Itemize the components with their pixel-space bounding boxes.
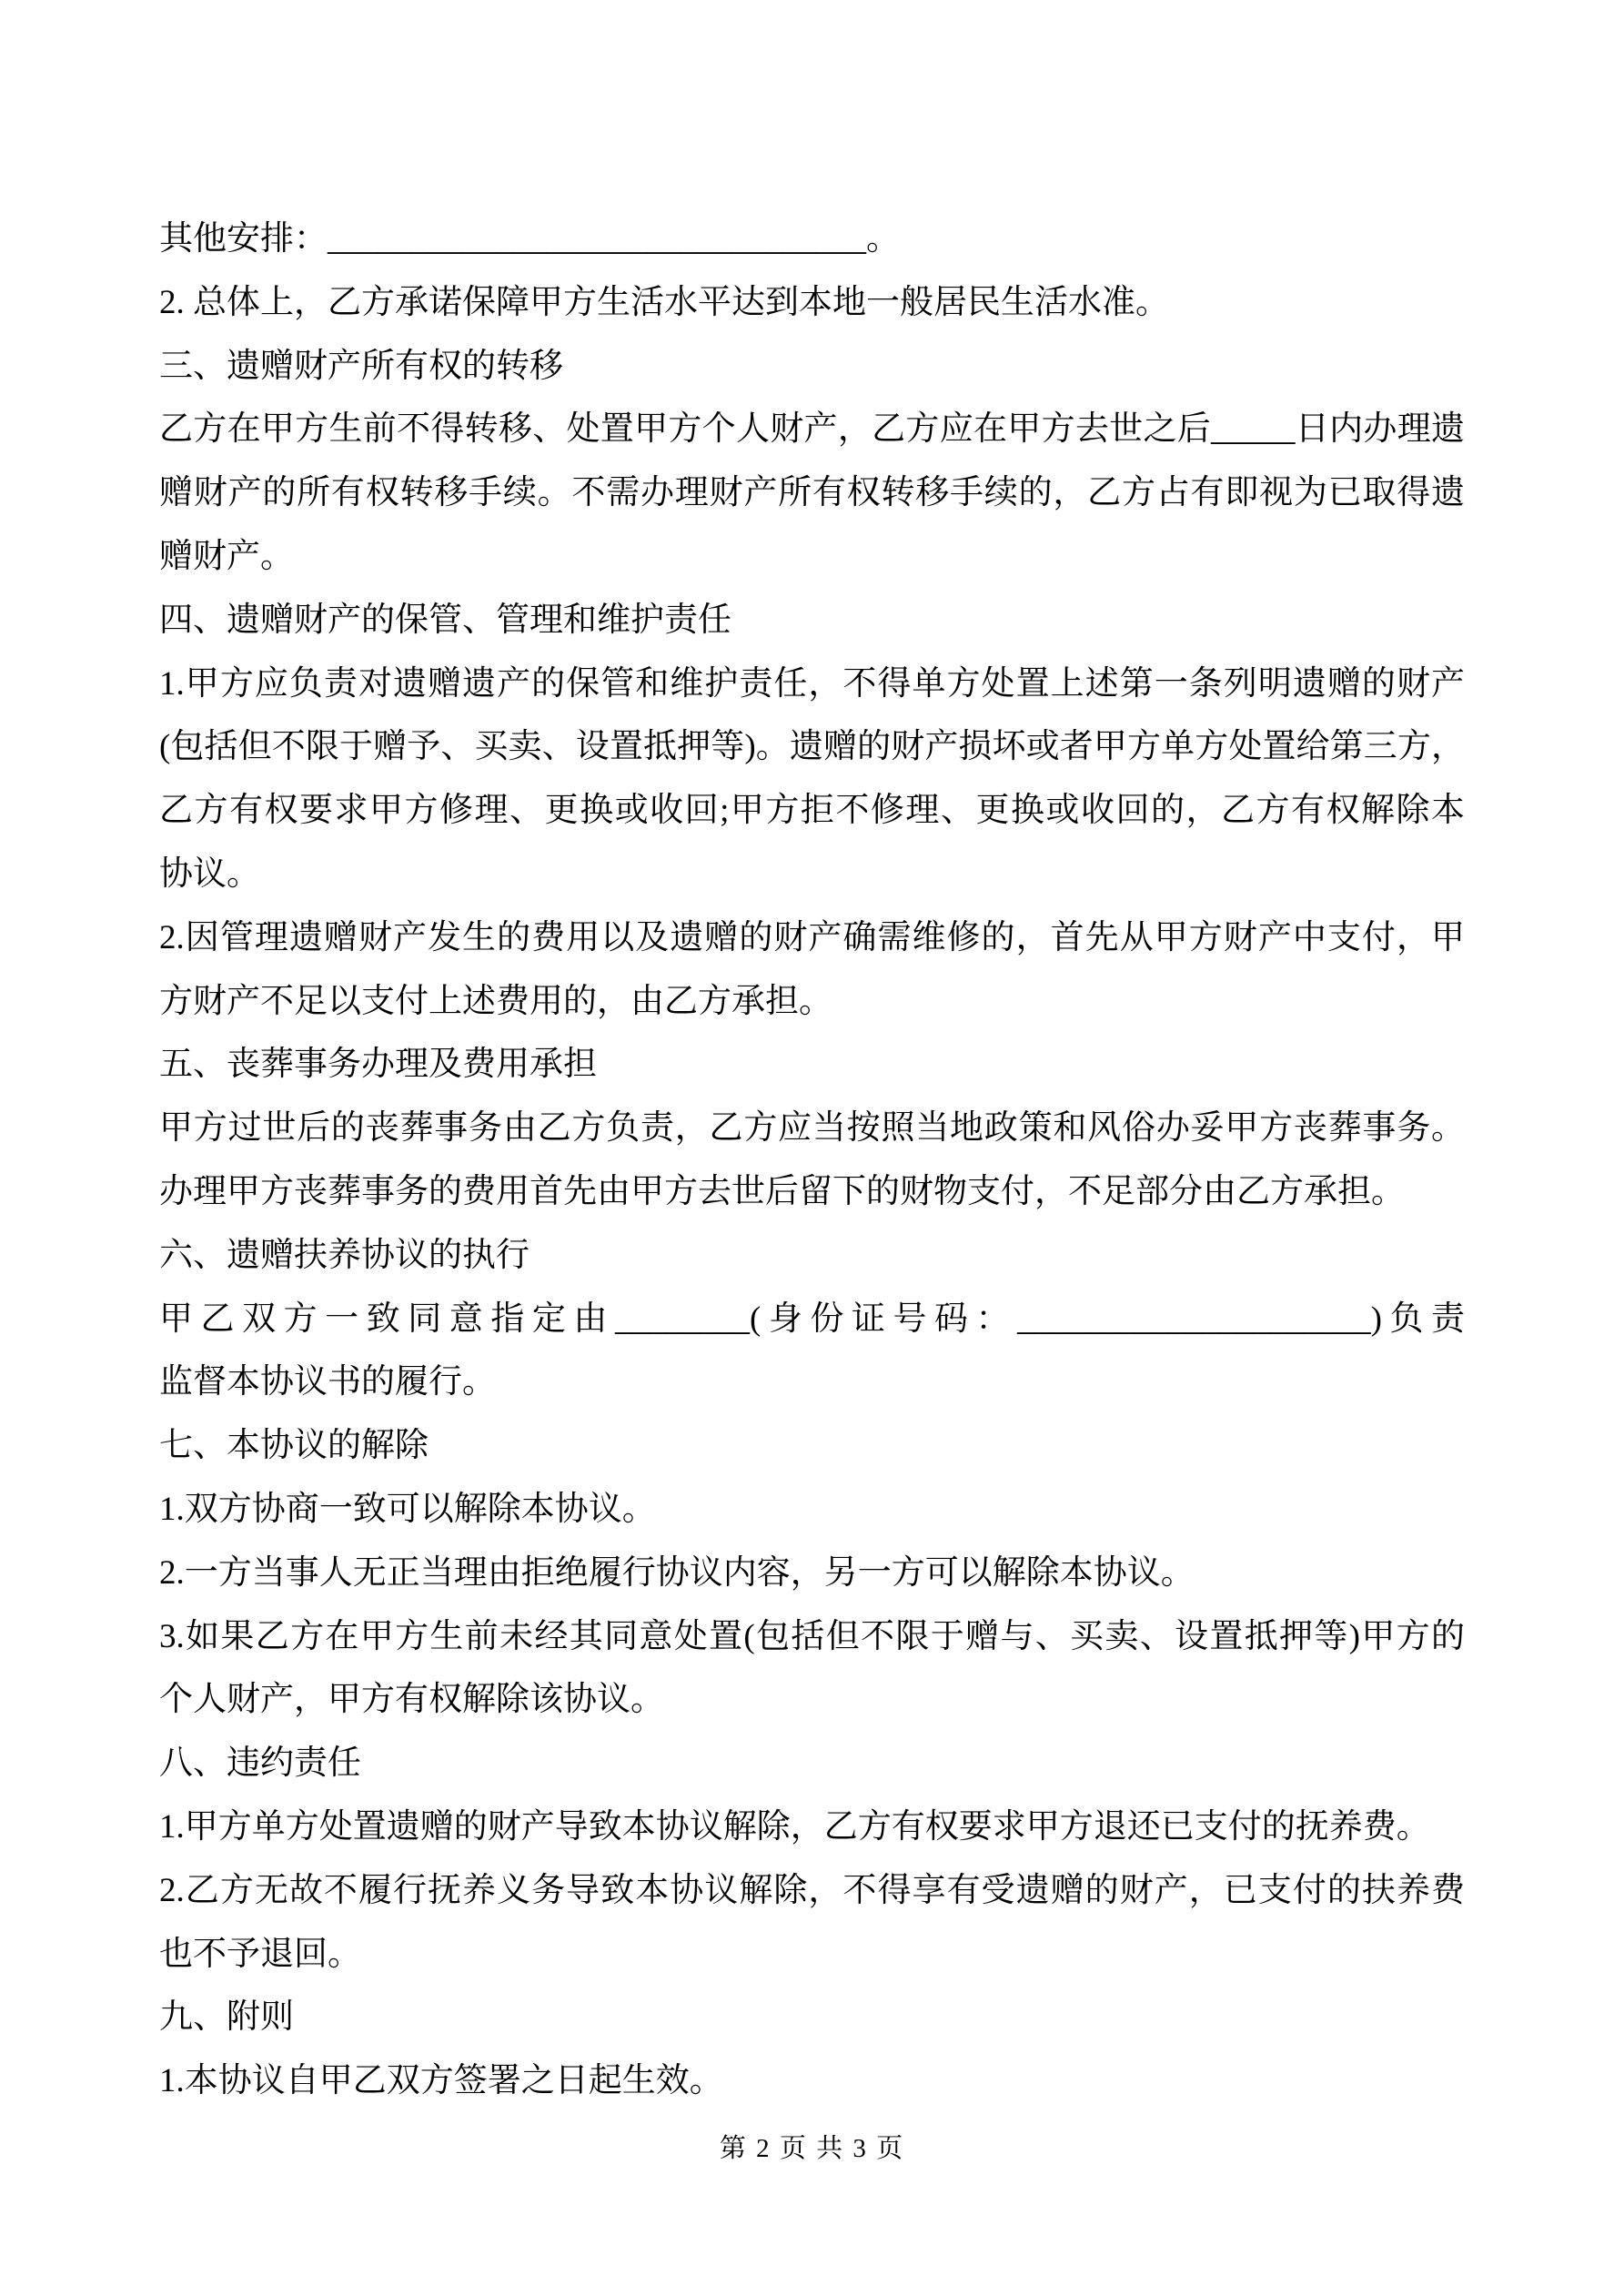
document-line: 五、丧葬事务办理及费用承担 <box>159 1033 1465 1097</box>
document-line: 2.因管理遗赠财产发生的费用以及遗赠的财产确需维修的，首先从甲方财产中支付，甲 <box>159 906 1465 970</box>
document-line: 九、附则 <box>159 1986 1465 2049</box>
document-line: 3.如果乙方在甲方生前未经其同意处置(包括但不限于赠与、买卖、设置抵押等)甲方的 <box>159 1605 1465 1669</box>
document-line: 2.一方当事人无正当理由拒绝履行协议内容，另一方可以解除本协议。 <box>159 1542 1465 1605</box>
document-line: 赠财产的所有权转移手续。不需办理财产所有权转移手续的，乙方占有即视为已取得遗 <box>159 461 1465 525</box>
document-line: 协议。 <box>159 843 1465 906</box>
document-line: 其他安排：________________________________。 <box>159 207 1465 271</box>
document-line: 四、遗赠财产的保管、管理和维护责任 <box>159 589 1465 652</box>
document-line: 2. 总体上，乙方承诺保障甲方生活水平达到本地一般居民生活水准。 <box>159 271 1465 335</box>
document-line: 甲方过世后的丧葬事务由乙方负责，乙方应当按照当地政策和风俗办妥甲方丧葬事务。 <box>159 1097 1465 1160</box>
document-line: 三、遗赠财产所有权的转移 <box>159 335 1465 399</box>
document-line: 甲乙双方一致同意指定由________(身份证号码：______________… <box>159 1288 1465 1351</box>
document-line: 八、违约责任 <box>159 1732 1465 1795</box>
document-line: 监督本协议书的履行。 <box>159 1350 1465 1414</box>
document-line: 也不予退回。 <box>159 1923 1465 1987</box>
document-line: 赠财产。 <box>159 525 1465 589</box>
document-line: 七、本协议的解除 <box>159 1414 1465 1478</box>
document-line: 1.双方协商一致可以解除本协议。 <box>159 1478 1465 1542</box>
document-line: 乙方有权要求甲方修理、更换或收回;甲方拒不修理、更换或收回的，乙方有权解除本 <box>159 779 1465 843</box>
document-line: 2.乙方无故不履行抚养义务导致本协议解除，不得享有受遗赠的财产，已支付的扶养费 <box>159 1859 1465 1923</box>
document-body: 其他安排：________________________________。2.… <box>159 207 1465 2113</box>
document-line: 办理甲方丧葬事务的费用首先由甲方去世后留下的财物支付，不足部分由乙方承担。 <box>159 1160 1465 1224</box>
document-line: 1.甲方应负责对遗赠遗产的保管和维护责任，不得单方处置上述第一条列明遗赠的财产 <box>159 652 1465 716</box>
document-line: 个人财产，甲方有权解除该协议。 <box>159 1668 1465 1732</box>
document-line: 方财产不足以支付上述费用的，由乙方承担。 <box>159 970 1465 1034</box>
document-line: 1.甲方单方处置遗赠的财产导致本协议解除，乙方有权要求甲方退还已支付的抚养费。 <box>159 1795 1465 1859</box>
document-line: 乙方在甲方生前不得转移、处置甲方个人财产，乙方应在甲方去世之后_____日内办理… <box>159 398 1465 461</box>
document-line: 1.本协议自甲乙双方签署之日起生效。 <box>159 2049 1465 2113</box>
page-footer: 第 2 页 共 3 页 <box>0 2128 1624 2165</box>
document-page: 其他安排：________________________________。2.… <box>0 0 1624 2296</box>
document-line: (包括但不限于赠予、买卖、设置抵押等)。遗赠的财产损坏或者甲方单方处置给第三方， <box>159 715 1465 779</box>
document-line: 六、遗赠扶养协议的执行 <box>159 1224 1465 1288</box>
